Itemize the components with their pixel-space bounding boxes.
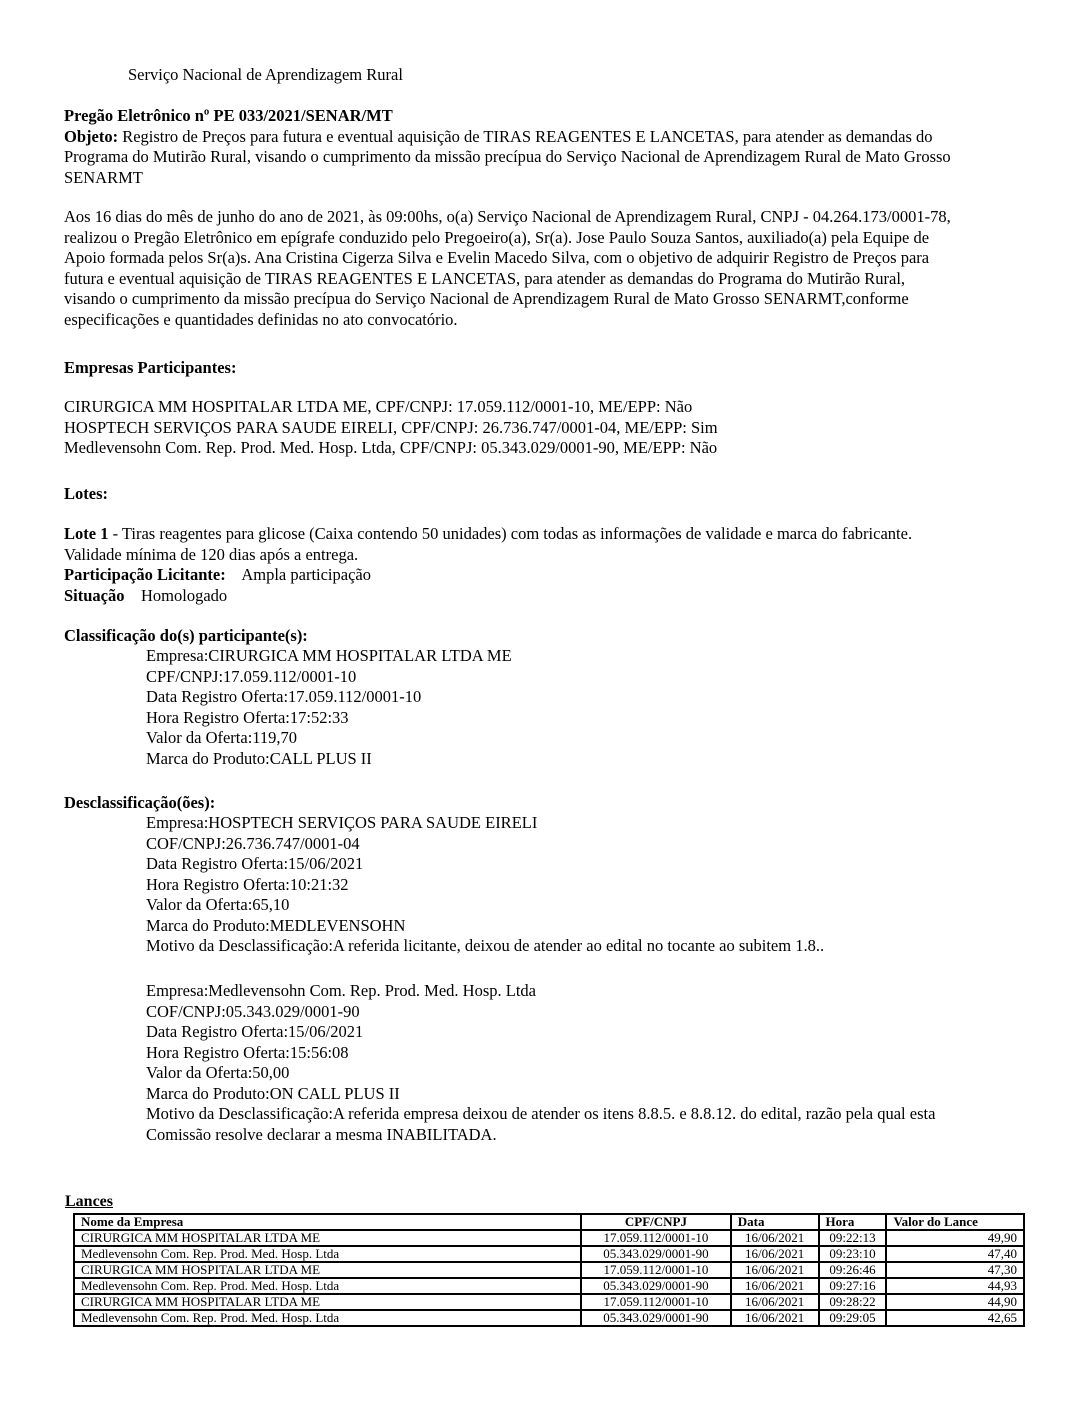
cell-data: 16/06/2021 [731,1294,819,1310]
cell-data: 16/06/2021 [731,1278,819,1294]
participante-item: Medlevensohn Com. Rep. Prod. Med. Hosp. … [64,438,1044,459]
participante-item: CIRURGICA MM HOSPITALAR LTDA ME, CPF/CNP… [64,397,1044,418]
cell-cnpj: 17.059.112/0001-10 [581,1230,731,1246]
intro-paragraph: Aos 16 dias do mês de junho do ano de 20… [64,207,1044,330]
intro-line: futura e eventual aquisição de TIRAS REA… [64,269,1044,290]
objeto-text-1: Registro de Preços para futura e eventua… [118,127,932,146]
cell-hora: 09:28:22 [819,1294,887,1310]
cell-valor: 47,30 [886,1262,1024,1278]
participacao-row: Participação Licitante: Ampla participaç… [64,565,1044,586]
pregao-header: Pregão Eletrônico nº PE 033/2021/SENAR/M… [64,106,1044,188]
table-row: Medlevensohn Com. Rep. Prod. Med. Hosp. … [74,1246,1024,1262]
intro-line: especificações e quantidades definidas n… [64,310,1044,331]
situacao-value: Homologado [125,586,228,605]
column-header-empresa: Nome da Empresa [74,1214,581,1230]
lote-1: Lote 1 - Tiras reagentes para glicose (C… [64,524,1044,606]
desclassificacao-entry-2: Empresa:Medlevensohn Com. Rep. Prod. Med… [146,981,935,1145]
desclassificacao-line: Hora Registro Oferta:10:21:32 [146,875,824,896]
cell-cnpj: 17.059.112/0001-10 [581,1294,731,1310]
cell-hora: 09:27:16 [819,1278,887,1294]
participantes-heading: Empresas Participantes: [64,358,236,379]
lances-header-row: Nome da Empresa CPF/CNPJ Data Hora Valor… [74,1214,1024,1230]
cell-empresa: Medlevensohn Com. Rep. Prod. Med. Hosp. … [74,1310,581,1326]
lances-table: Nome da Empresa CPF/CNPJ Data Hora Valor… [73,1213,1025,1327]
desclassificacao-line: COF/CNPJ:26.736.747/0001-04 [146,834,824,855]
desclassificacao-line: Empresa:HOSPTECH SERVIÇOS PARA SAUDE EIR… [146,813,824,834]
classificacao-line: Valor da Oferta:119,70 [146,728,512,749]
desclassificacao-heading: Desclassificação(ões): [64,793,215,814]
lances-title: Lances [65,1193,113,1211]
table-row: CIRURGICA MM HOSPITALAR LTDA ME17.059.11… [74,1262,1024,1278]
organization-name: Serviço Nacional de Aprendizagem Rural [128,65,403,86]
lotes-heading: Lotes: [64,484,108,505]
desclassificacao-line: Empresa:Medlevensohn Com. Rep. Prod. Med… [146,981,935,1002]
lote-desc-line-2: Validade mínima de 120 dias após a entre… [64,545,1044,566]
intro-line: Aos 16 dias do mês de junho do ano de 20… [64,207,1044,228]
column-header-data: Data [731,1214,819,1230]
lote-desc-line-1: Lote 1 - Tiras reagentes para glicose (C… [64,524,1044,545]
participacao-value: Ampla participação [226,565,371,584]
desclassificacao-entry-1: Empresa:HOSPTECH SERVIÇOS PARA SAUDE EIR… [146,813,824,957]
desclassificacao-line: Valor da Oferta:65,10 [146,895,824,916]
table-row: CIRURGICA MM HOSPITALAR LTDA ME17.059.11… [74,1230,1024,1246]
cell-hora: 09:29:05 [819,1310,887,1326]
table-row: Medlevensohn Com. Rep. Prod. Med. Hosp. … [74,1278,1024,1294]
column-header-valor: Valor do Lance [886,1214,1024,1230]
cell-data: 16/06/2021 [731,1262,819,1278]
desclassificacao-line: Valor da Oferta:50,00 [146,1063,935,1084]
classificacao-line: Hora Registro Oferta:17:52:33 [146,708,512,729]
cell-valor: 49,90 [886,1230,1024,1246]
classificacao-line: CPF/CNPJ:17.059.112/0001-10 [146,667,512,688]
intro-line: visando o cumprimento da missão precípua… [64,289,1044,310]
cell-cnpj: 05.343.029/0001-90 [581,1278,731,1294]
desclassificacao-line: COF/CNPJ:05.343.029/0001-90 [146,1002,935,1023]
intro-line: realizou o Pregão Eletrônico em epígrafe… [64,228,1044,249]
desclassificacao-line: Data Registro Oferta:15/06/2021 [146,1022,935,1043]
situacao-row: Situação Homologado [64,586,1044,607]
cell-data: 16/06/2021 [731,1230,819,1246]
classificacao-line: Marca do Produto:CALL PLUS II [146,749,512,770]
column-header-hora: Hora [819,1214,887,1230]
cell-hora: 09:23:10 [819,1246,887,1262]
intro-line: Apoio formada pelos Sr(a)s. Ana Cristina… [64,248,1044,269]
desclassificacao-line: Data Registro Oferta:15/06/2021 [146,854,824,875]
cell-valor: 42,65 [886,1310,1024,1326]
table-row: Medlevensohn Com. Rep. Prod. Med. Hosp. … [74,1310,1024,1326]
cell-data: 16/06/2021 [731,1310,819,1326]
cell-empresa: CIRURGICA MM HOSPITALAR LTDA ME [74,1230,581,1246]
desclassificacao-line: Motivo da Desclassificação:A referida em… [146,1104,935,1125]
situacao-label: Situação [64,586,125,605]
participantes-list: CIRURGICA MM HOSPITALAR LTDA ME, CPF/CNP… [64,397,1044,459]
objeto-line-2: Programa do Mutirão Rural, visando o cum… [64,147,1044,168]
cell-empresa: Medlevensohn Com. Rep. Prod. Med. Hosp. … [74,1246,581,1262]
participacao-label: Participação Licitante: [64,565,226,584]
lote-desc-text: - Tiras reagentes para glicose (Caixa co… [108,524,912,543]
cell-valor: 44,90 [886,1294,1024,1310]
desclassificacao-line: Marca do Produto:MEDLEVENSOHN [146,916,824,937]
lote-label: Lote 1 [64,524,108,543]
cell-cnpj: 05.343.029/0001-90 [581,1246,731,1262]
cell-cnpj: 17.059.112/0001-10 [581,1262,731,1278]
participante-item: HOSPTECH SERVIÇOS PARA SAUDE EIRELI, CPF… [64,418,1044,439]
classificacao-heading: Classificação do(s) participante(s): [64,626,308,647]
objeto-line-1: Objeto: Registro de Preços para futura e… [64,127,1044,148]
pregao-title: Pregão Eletrônico nº PE 033/2021/SENAR/M… [64,106,1044,127]
classificacao-line: Data Registro Oferta:17.059.112/0001-10 [146,687,512,708]
cell-empresa: Medlevensohn Com. Rep. Prod. Med. Hosp. … [74,1278,581,1294]
cell-data: 16/06/2021 [731,1246,819,1262]
desclassificacao-line: Comissão resolve declarar a mesma INABIL… [146,1125,935,1146]
desclassificacao-line: Hora Registro Oferta:15:56:08 [146,1043,935,1064]
column-header-cnpj: CPF/CNPJ [581,1214,731,1230]
desclassificacao-line: Motivo da Desclassificação:A referida li… [146,936,824,957]
cell-cnpj: 05.343.029/0001-90 [581,1310,731,1326]
cell-valor: 47,40 [886,1246,1024,1262]
cell-valor: 44,93 [886,1278,1024,1294]
desclassificacao-line: Marca do Produto:ON CALL PLUS II [146,1084,935,1105]
classificacao-details: Empresa:CIRURGICA MM HOSPITALAR LTDA ME … [146,646,512,769]
table-row: CIRURGICA MM HOSPITALAR LTDA ME17.059.11… [74,1294,1024,1310]
objeto-label: Objeto: [64,127,118,146]
cell-empresa: CIRURGICA MM HOSPITALAR LTDA ME [74,1262,581,1278]
classificacao-line: Empresa:CIRURGICA MM HOSPITALAR LTDA ME [146,646,512,667]
cell-hora: 09:26:46 [819,1262,887,1278]
objeto-line-3: SENARMT [64,168,1044,189]
cell-hora: 09:22:13 [819,1230,887,1246]
cell-empresa: CIRURGICA MM HOSPITALAR LTDA ME [74,1294,581,1310]
